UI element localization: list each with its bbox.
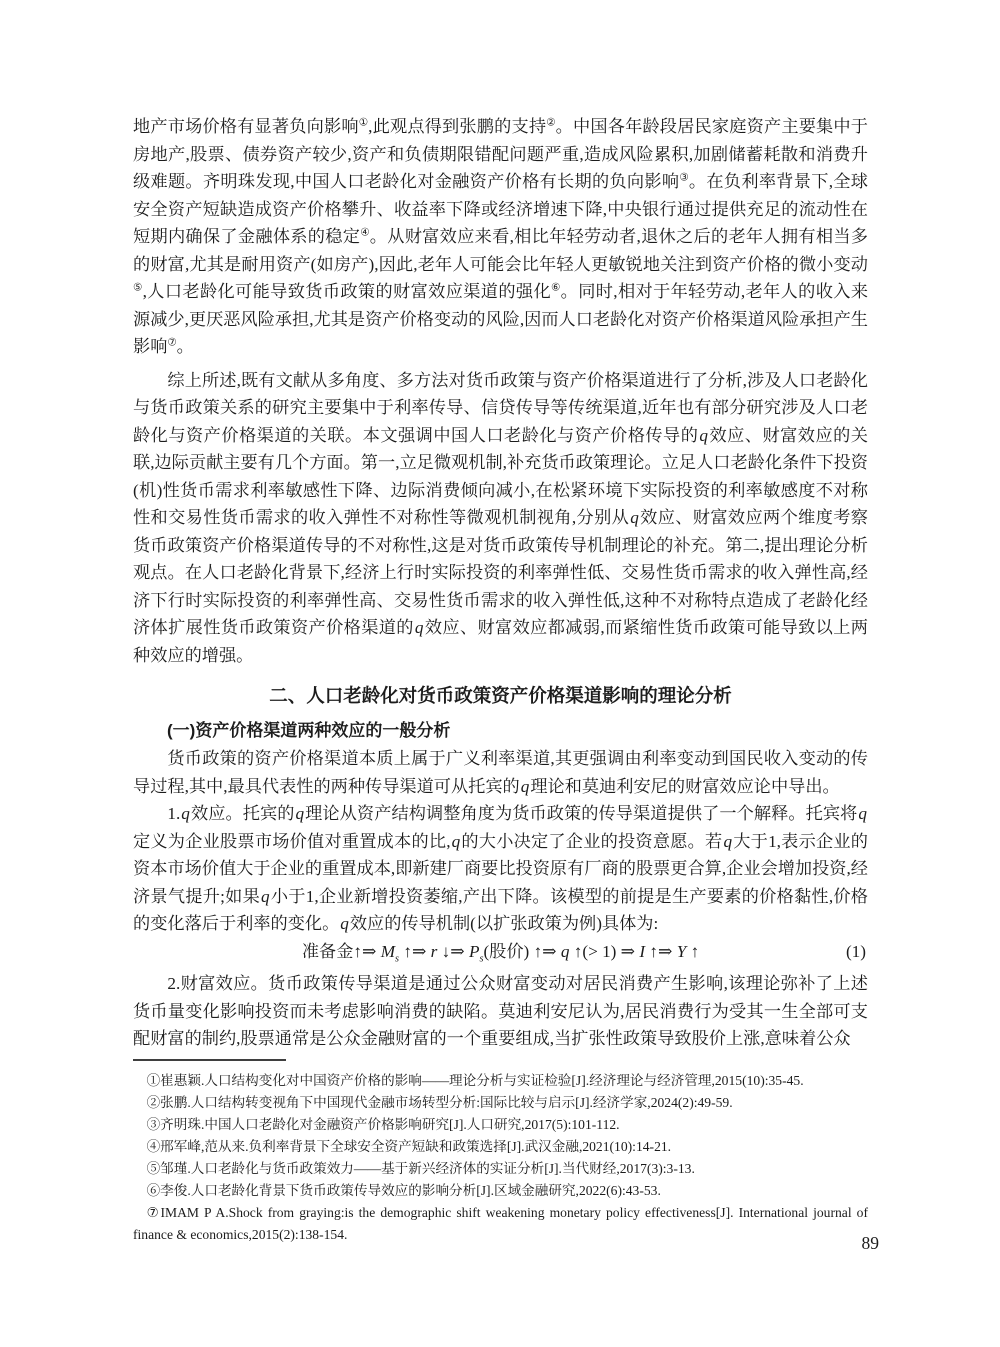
footnote-2: ②张鹏.人口结构转变视角下中国现代金融市场转型分析:国际比较与启示[J].经济学…: [133, 1092, 868, 1114]
subsection-heading: (一)资产价格渠道两种效应的一般分析: [133, 718, 868, 743]
q-effect-paragraph: 1.q效应。托宾的q理论从资产结构调整角度为货币政策的传导渠道提供了一个解释。托…: [133, 800, 868, 938]
section-heading: 二、人口老龄化对货币政策资产价格渠道影响的理论分析: [133, 684, 868, 708]
wealth-effect-paragraph: 2.财富效应。货币政策传导渠道是通过公众财富变动对居民消费产生影响,该理论弥补了…: [133, 970, 868, 1053]
footnote-1: ①崔惠颖.人口结构变化对中国资产价格的影响——理论分析与实证检验[J].经济理论…: [133, 1070, 868, 1092]
subsection-intro-paragraph: 货币政策的资产价格渠道本质上属于广义利率渠道,其更强调由利率变动到国民收入变动的…: [133, 745, 868, 800]
footnote-7: ⑦IMAM P A.Shock from graying:is the demo…: [133, 1202, 868, 1246]
footnote-4: ④邢军峰,范从来.负利率背景下全球安全资产短缺和政策选择[J].武汉金融,202…: [133, 1136, 868, 1158]
footnote-5: ⑤邹瑾.人口老龄化与货币政策效力——基于新兴经济体的实证分析[J].当代财经,2…: [133, 1158, 868, 1180]
equation-number: (1): [846, 938, 866, 966]
footnote-3: ③齐明珠.中国人口老龄化对金融资产价格影响研究[J].人口研究,2017(5):…: [133, 1114, 868, 1136]
text-column: 地产市场价格有显著负向影响①,此观点得到张鹏的支持②。中国各年龄段居民家庭资产主…: [133, 113, 868, 1246]
page-number: 89: [862, 1233, 880, 1254]
equation-1: 准备金↑⇒ Ms ↑⇒ r ↓⇒ Ps(股价) ↑⇒ q ↑(> 1) ⇒ I …: [133, 938, 868, 966]
journal-page: 地产市场价格有显著负向影响①,此观点得到张鹏的支持②。中国各年龄段居民家庭资产主…: [0, 0, 1000, 1347]
footnote-6: ⑥李俊.人口老龄化背景下货币政策传导效应的影响分析[J].区域金融研究,2022…: [133, 1180, 868, 1202]
footnotes-section: ①崔惠颖.人口结构变化对中国资产价格的影响——理论分析与实证检验[J].经济理论…: [133, 1059, 868, 1246]
body-paragraph-summary: 综上所述,既有文献从多角度、多方法对货币政策与资产价格渠道进行了分析,涉及人口老…: [133, 367, 868, 670]
equation-body: 准备金↑⇒ Ms ↑⇒ r ↓⇒ Ps(股价) ↑⇒ q ↑(> 1) ⇒ I …: [302, 942, 699, 961]
footnote-separator-rule: [133, 1059, 286, 1061]
body-paragraph-continued: 地产市场价格有显著负向影响①,此观点得到张鹏的支持②。中国各年龄段居民家庭资产主…: [133, 113, 868, 361]
